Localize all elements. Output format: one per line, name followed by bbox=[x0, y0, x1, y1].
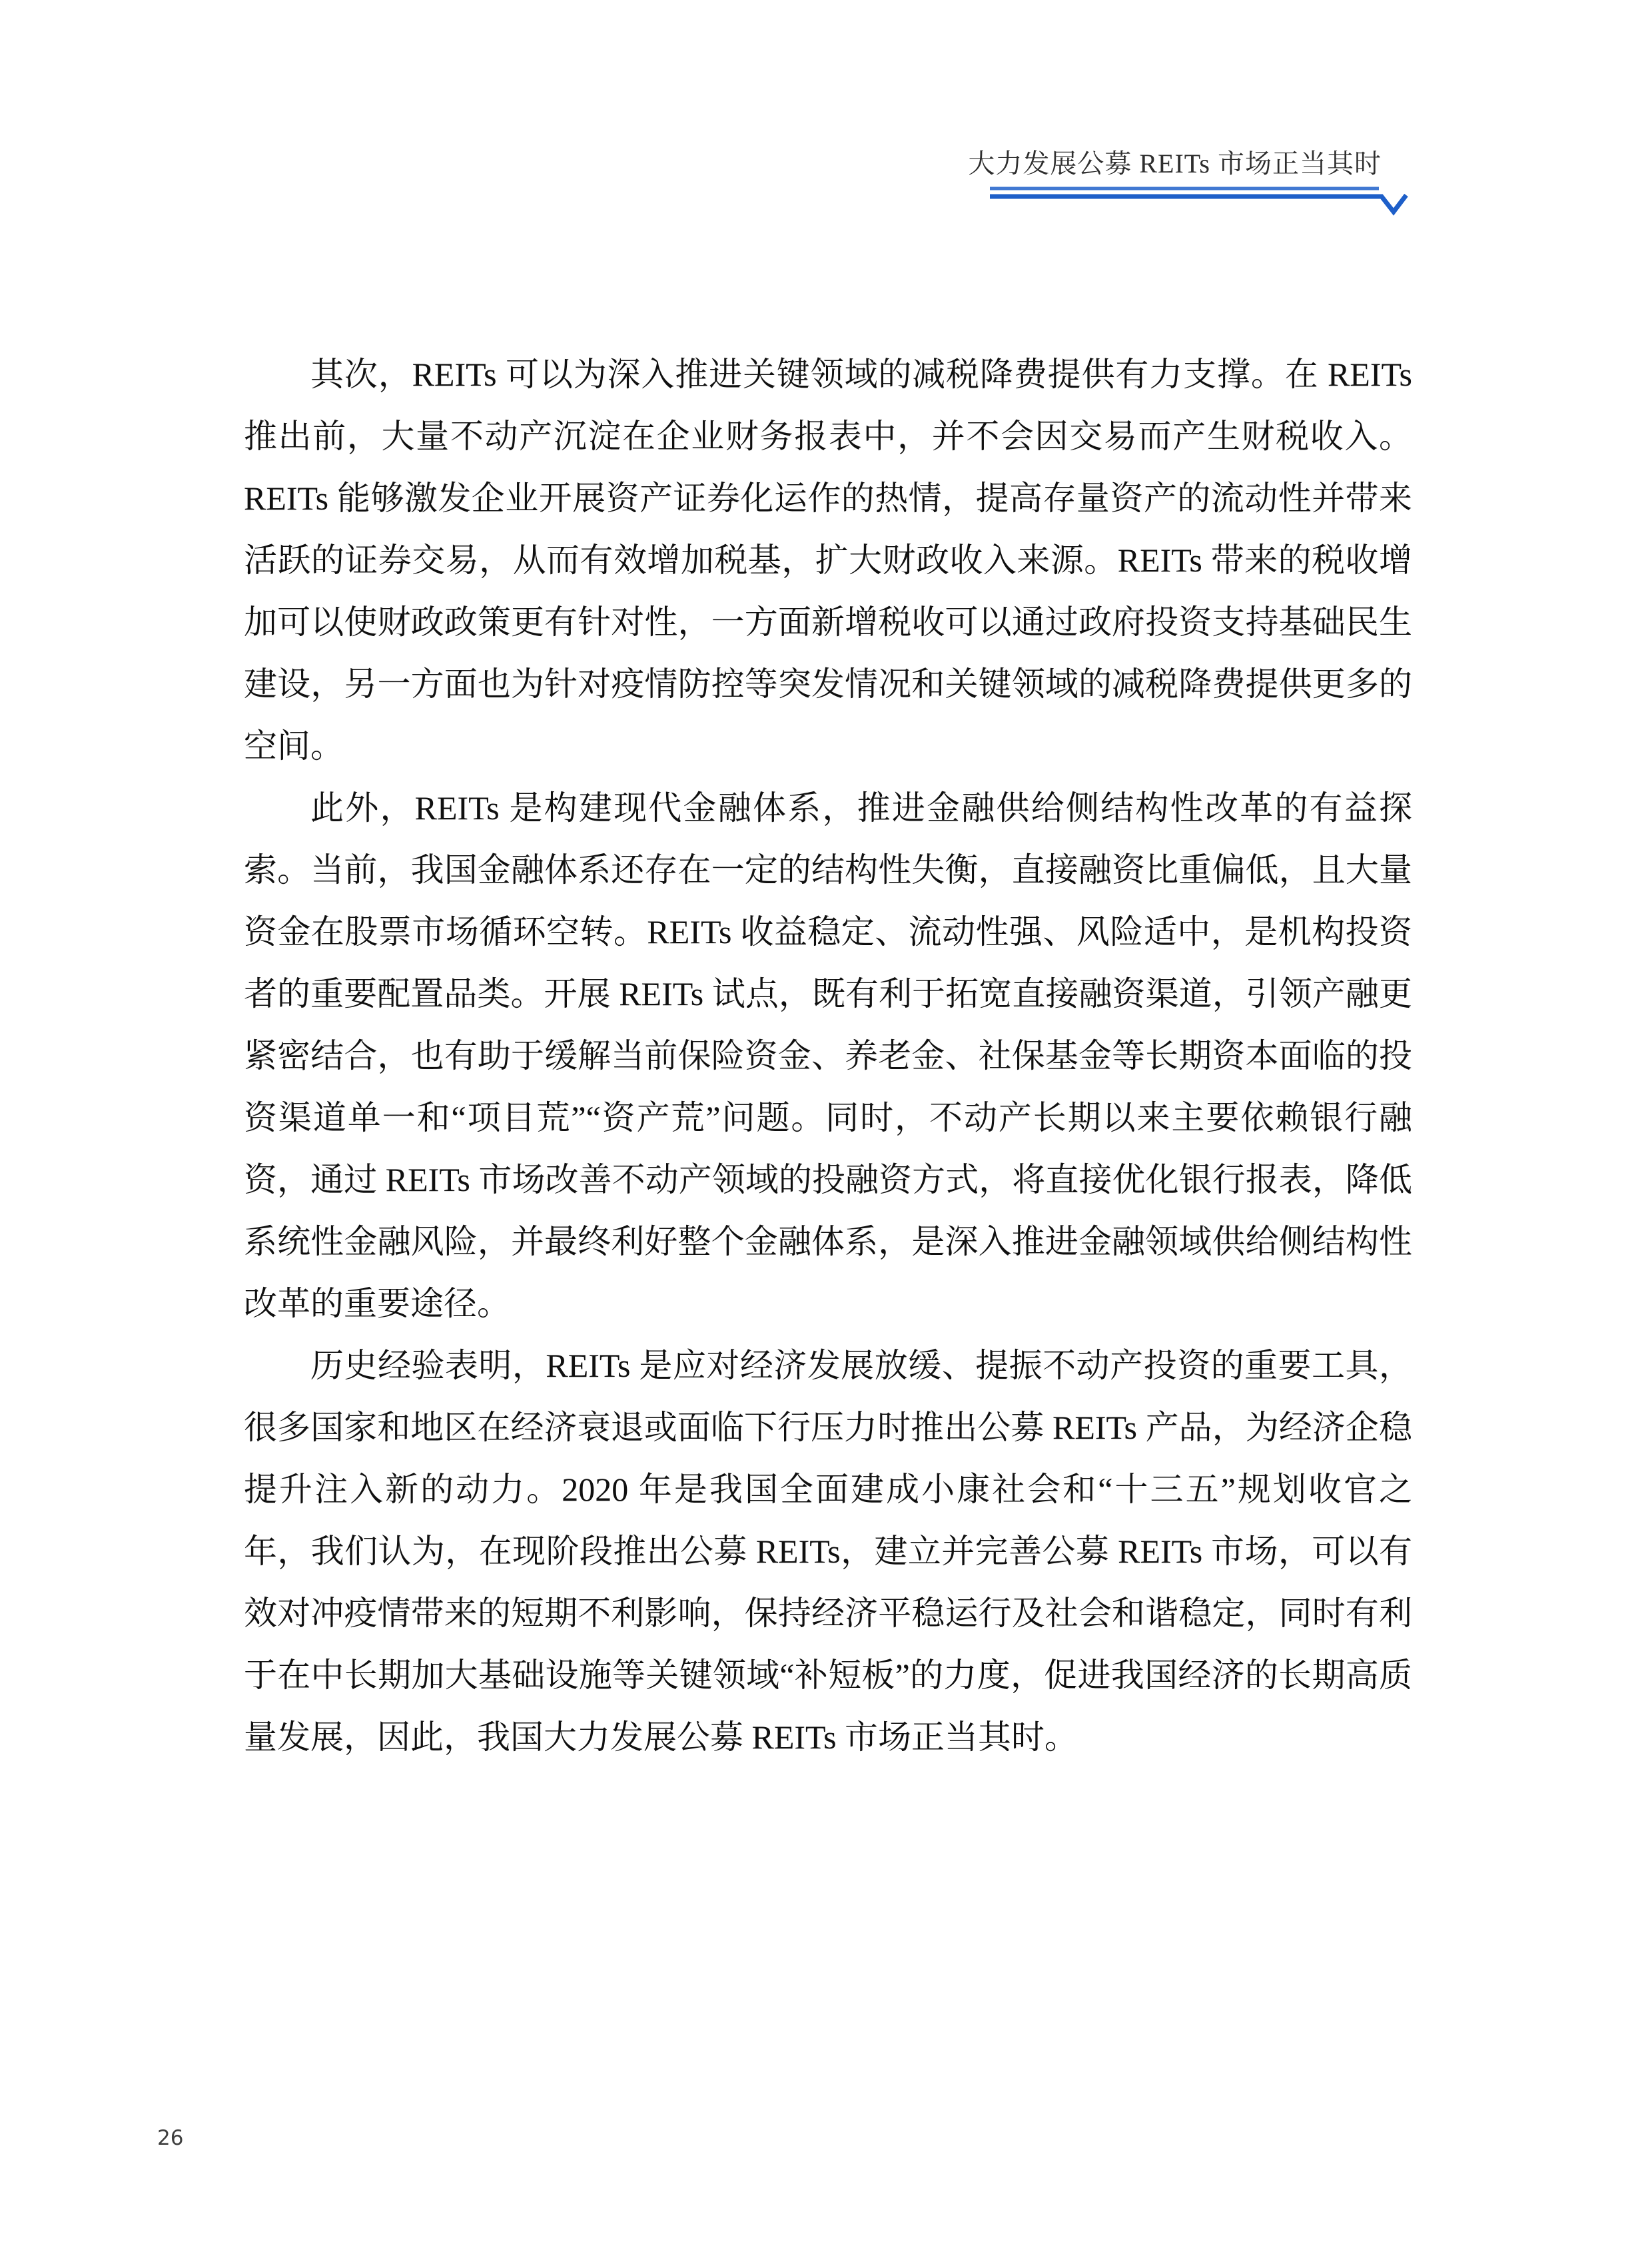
running-header-title: 大力发展公募 REITs 市场正当其时 bbox=[968, 149, 1382, 179]
header-underline bbox=[989, 185, 1410, 217]
paragraph-1: 其次，REITs 可以为深入推进关键领域的减税降费提供有力支撑。在 REITs … bbox=[244, 344, 1412, 777]
chevron-down-icon bbox=[990, 195, 1406, 212]
paragraph-3: 历史经验表明，REITs 是应对经济发展放缓、提振不动产投资的重要工具，很多国家… bbox=[244, 1335, 1412, 1768]
paragraph-2: 此外，REITs 是构建现代金融体系，推进金融供给侧结构性改革的有益探索。当前，… bbox=[244, 777, 1412, 1335]
document-page: 大力发展公募 REITs 市场正当其时 其次，REITs 可以为深入推进关键领域… bbox=[0, 0, 1652, 2242]
article-body: 其次，REITs 可以为深入推进关键领域的减税降费提供有力支撑。在 REITs … bbox=[244, 344, 1412, 1768]
page-number: 26 bbox=[157, 2126, 183, 2150]
